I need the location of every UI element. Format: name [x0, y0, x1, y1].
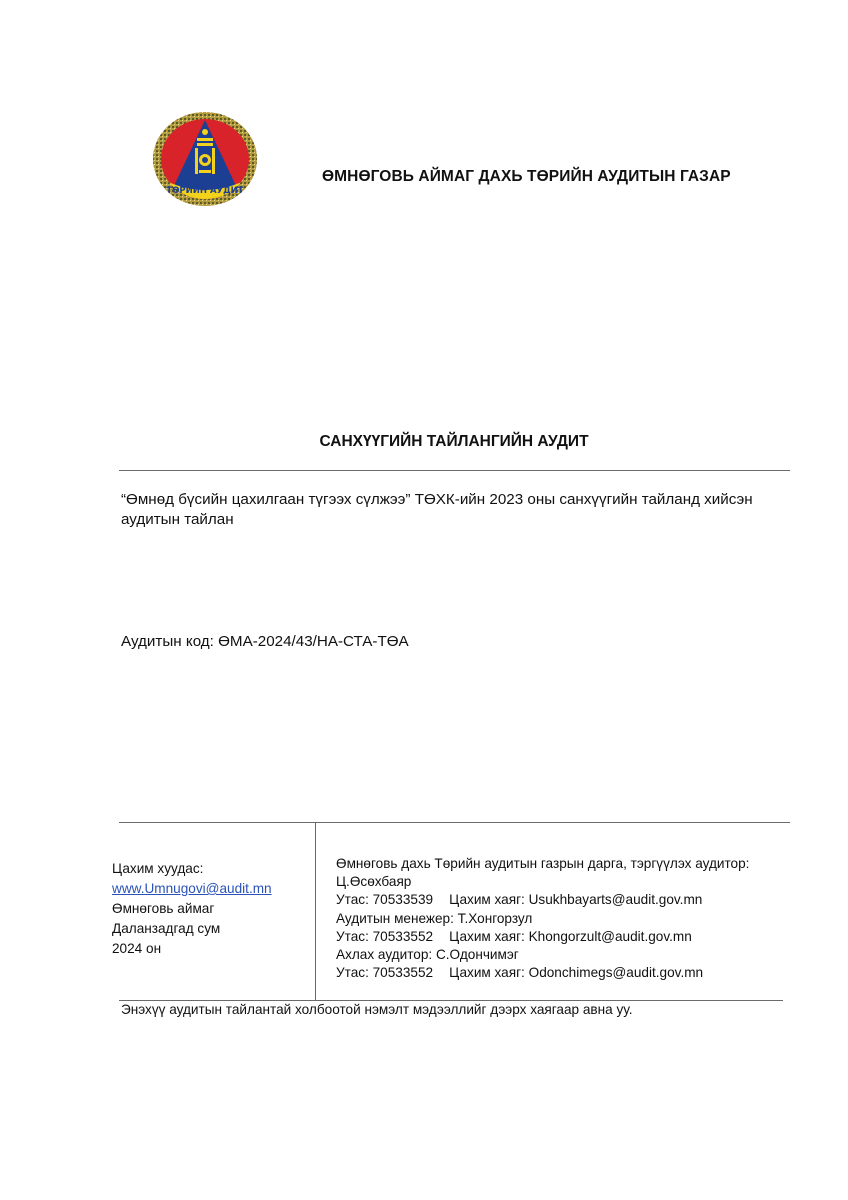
logo-text: ТӨРИЙН АУДИТ: [166, 184, 243, 196]
manager-phone: Утас: 70533552: [336, 929, 433, 944]
audit-code: Аудитын код: ӨМА-2024/43/НА-СТА-ТӨА: [121, 633, 409, 650]
head-email: Цахим хаяг: Usukhbayarts@audit.gov.mn: [449, 892, 702, 907]
state-audit-logo: ТӨРИЙН АУДИТ: [152, 110, 258, 208]
website-label: Цахим хуудас:: [112, 859, 272, 879]
organization-name: ӨМНӨГОВЬ АЙМАГ ДАХЬ ТӨРИЙН АУДИТЫН ГАЗАР: [322, 168, 731, 186]
contact-column-divider: [315, 822, 316, 1000]
senior-email: Цахим хаяг: Odonchimegs@audit.gov.mn: [449, 965, 703, 980]
manager: Аудитын менежер: Т.Хонгорзул: [336, 910, 749, 928]
year: 2024 он: [112, 939, 272, 959]
report-subject: “Өмнөд бүсийн цахилгаан түгээх сүлжээ” Т…: [121, 490, 801, 530]
head-name: Ц.Өсөхбаяр: [336, 873, 749, 891]
senior-phone: Утас: 70533552: [336, 965, 433, 980]
district: Даланзадгад сум: [112, 919, 272, 939]
contact-right-column: Өмнөговь дахь Төрийн аудитын газрын дарг…: [336, 855, 749, 982]
document-title: САНХҮҮГИЙН ТАЙЛАНГИЙН АУДИТ: [0, 433, 848, 451]
divider-line: [119, 470, 790, 471]
website-link[interactable]: www.Umnugovi@audit.mn: [112, 881, 272, 896]
footer-note: Энэхүү аудитын тайлантай холбоотой нэмэл…: [121, 1002, 633, 1017]
contact-top-border: [119, 822, 790, 823]
contact-left-column: Цахим хуудас: www.Umnugovi@audit.mn Өмнө…: [112, 859, 272, 959]
senior-auditor: Ахлах аудитор: С.Одончимэг: [336, 946, 749, 964]
contact-bottom-border: [119, 1000, 783, 1001]
province: Өмнөговь аймаг: [112, 899, 272, 919]
head-role: Өмнөговь дахь Төрийн аудитын газрын дарг…: [336, 855, 749, 873]
manager-email: Цахим хаяг: Khongorzult@audit.gov.mn: [449, 929, 692, 944]
head-phone: Утас: 70533539: [336, 892, 433, 907]
